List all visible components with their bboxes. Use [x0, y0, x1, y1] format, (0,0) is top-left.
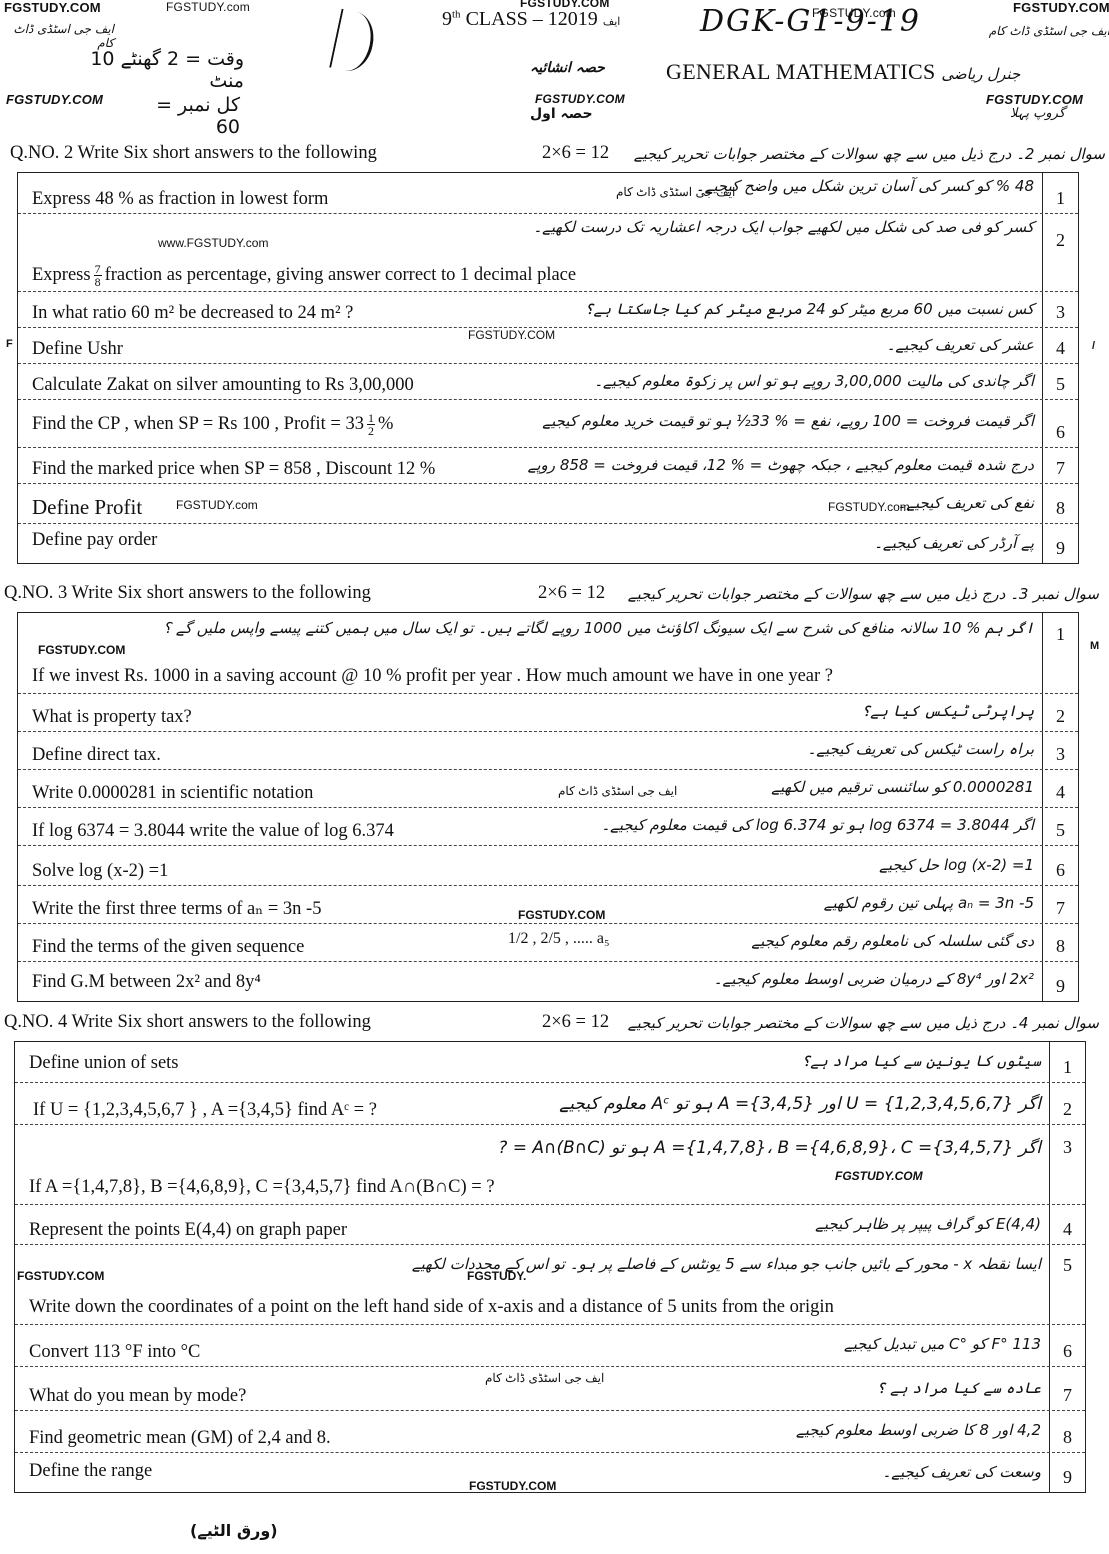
question-text-urdu: 48 % کو کسر کی آسان ترین شکل میں واضح کی…	[696, 177, 1034, 195]
handwritten-mark-icon	[329, 9, 379, 76]
question-number: 1	[1049, 1042, 1085, 1082]
watermark: FGSTUDY.COM	[986, 92, 1083, 107]
question-text: Define Ushr	[32, 339, 123, 360]
question-text-urdu: درج شدہ قیمت معلوم کیجیے ، جبکہ چھوٹ = %…	[528, 456, 1034, 474]
watermark: FGSTUDY.COM	[6, 92, 103, 107]
question-row: Define Ushr FGSTUDY.COM عشر کی تعریف کیج…	[18, 327, 1078, 363]
watermark-urdu: ایف جی اسٹڈی ڈاٹ کام	[920, 24, 1109, 38]
total-marks: کل نمبر = 60	[140, 94, 240, 138]
question-row: What do you mean by mode? ایف جی اسٹڈی ڈ…	[15, 1366, 1085, 1410]
question-row: Convert 113 °F into °C 113 °F کو °C میں …	[15, 1324, 1085, 1366]
question-text-urdu: پے آرڈر کی تعریف کیجیے۔	[874, 534, 1034, 552]
question-row: Define pay order پے آرڈر کی تعریف کیجیے۔…	[18, 523, 1078, 563]
section-heading-q2: Q.NO. 2 Write Six short answers to the f…	[10, 143, 1105, 167]
section-heading-q4: Q.NO. 4 Write Six short answers to the f…	[4, 1012, 1099, 1036]
section-heading-q3: Q.NO. 3 Write Six short answers to the f…	[4, 583, 1099, 607]
watermark: FGSTUDY.com	[176, 498, 258, 512]
question-table-q4: Define union of sets سیٹوں کا یونین سے ک…	[14, 1041, 1086, 1493]
class-title: 9th CLASS – 12019 ایف	[442, 8, 620, 31]
question-row: Find G.M between 2x² and 8y⁴ 2x² اور 8y⁴…	[18, 961, 1078, 1001]
question-row: In what ratio 60 m² be decreased to 24 m…	[18, 291, 1078, 327]
question-text: Find the terms of the given sequence	[32, 937, 304, 958]
question-row: If log 6374 = 3.8044 write the value of …	[18, 807, 1078, 845]
watermark: FGSTUDY.COM	[835, 1169, 923, 1183]
question-text-urdu: براہ راست ٹیکس کی تعریف کیجیے۔	[807, 740, 1034, 758]
question-number: 2	[1049, 1083, 1085, 1124]
question-text: If log 6374 = 3.8044 write the value of …	[32, 821, 394, 842]
question-number: 9	[1049, 1453, 1085, 1492]
question-text-urdu: ایسا نقطہ x - محور کے بائیں جانب جو مبدا…	[412, 1255, 1041, 1273]
turn-over-note: (ورق الٹیے)	[190, 1521, 278, 1540]
question-text: If we invest Rs. 1000 in a saving accoun…	[32, 666, 833, 687]
question-text-urdu: اگر A ={1,4,7,8}، B ={4,6,8,9}، C ={3,4,…	[498, 1137, 1041, 1158]
question-number: 9	[1042, 524, 1078, 563]
question-row: Solve log (x-2) =1 log (x-2) =1 حل کیجیے…	[18, 845, 1078, 885]
question-row: If A ={1,4,7,8}, B ={4,6,8,9}, C ={3,4,5…	[15, 1124, 1085, 1204]
watermark: FGSTUDY.com	[166, 0, 250, 14]
question-text: Define union of sets	[29, 1053, 179, 1074]
margin-mark: F	[6, 338, 13, 350]
section-subjective: حصہ انشائیہ	[530, 60, 605, 76]
question-text-urdu: اگر قیمت فروخت = 100 روپے، نفع = % 33½ ہ…	[542, 412, 1034, 430]
question-text-urdu: اگر چاندی کی مالیت 3,00,000 روپے ہو تو ا…	[594, 372, 1034, 390]
watermark: FGSTUDY.COM	[17, 1269, 104, 1283]
question-number: 5	[1049, 1245, 1085, 1324]
question-number: 3	[1042, 732, 1078, 769]
question-number: 4	[1049, 1205, 1085, 1244]
question-text: Write 0.0000281 in scientific notation	[32, 783, 313, 804]
question-text: Find the marked price when SP = 858 , Di…	[32, 459, 435, 480]
watermark: FGSTUDY.COM	[38, 643, 125, 657]
question-number: 5	[1042, 364, 1078, 399]
watermark: FGSTUDY.COM	[535, 92, 625, 106]
watermark-urdu: ایف جی اسٹڈی ڈاٹ کام	[558, 784, 677, 798]
question-row: Find the marked price when SP = 858 , Di…	[18, 447, 1078, 483]
question-number: 8	[1042, 924, 1078, 961]
question-row: Express 48 % as fraction in lowest form …	[18, 173, 1078, 213]
group-label: گروپ پہلا	[1010, 106, 1065, 121]
question-text: Convert 113 °F into °C	[29, 1342, 200, 1363]
question-number: 7	[1049, 1367, 1085, 1410]
question-row: Calculate Zakat on silver amounting to R…	[18, 363, 1078, 399]
question-text: Write the first three terms of aₙ = 3n -…	[32, 898, 321, 920]
question-text-urdu: نفع کی تعریف کیجیے۔	[897, 494, 1034, 512]
watermark: FGSTUDY.COM	[4, 0, 101, 15]
question-text-urdu: کس نسبت میں 60 مربع میٹر کو 24 مربع میٹر…	[585, 300, 1034, 318]
question-text-urdu: اگر ہم % 10 سالانہ منافع کی شرح سے ایک س…	[163, 619, 1034, 637]
question-text: Write down the coordinates of a point on…	[29, 1297, 834, 1318]
question-text: Calculate Zakat on silver amounting to R…	[32, 375, 414, 396]
question-text-urdu: دی گئی سلسلہ کی نامعلوم رقم معلوم کیجیے	[751, 932, 1034, 950]
question-text-urdu: aₙ = 3n -5 پہلی تین رقوم لکھیے	[824, 894, 1034, 912]
question-number: 3	[1042, 292, 1078, 327]
question-number: 6	[1049, 1325, 1085, 1366]
question-text-urdu: کسر کو فی صد کی شکل میں لکھیے جواب ایک د…	[533, 218, 1034, 236]
margin-mark: M	[1090, 640, 1099, 652]
watermark: FGSTUDY.COM	[1013, 0, 1109, 15]
question-text: Find geometric mean (GM) of 2,4 and 8.	[29, 1428, 331, 1449]
question-row: Find the terms of the given sequence 1/2…	[18, 923, 1078, 961]
question-number: 6	[1042, 846, 1078, 885]
question-text-urdu: E(4,4) کو گراف پیپر پر ظاہر کیجیے	[815, 1215, 1041, 1233]
fraction: 12	[367, 412, 375, 437]
question-text-urdu: 2x² اور 8y⁴ کے درمیان ضربی اوسط معلوم کی…	[714, 970, 1034, 988]
question-text-urdu: اگر log 6374 = 3.8044 ہو تو log 6.374 کی…	[601, 816, 1034, 834]
question-text: Represent the points E(4,4) on graph pap…	[29, 1220, 347, 1241]
question-row: Define direct tax. براہ راست ٹیکس کی تعر…	[18, 731, 1078, 769]
question-number: 1	[1042, 613, 1078, 693]
watermark: FGSTUDY.com	[812, 6, 896, 20]
watermark: FGSTUDY.COM	[468, 328, 555, 342]
question-number: 3	[1049, 1125, 1085, 1204]
question-text: If A ={1,4,7,8}, B ={4,6,8,9}, C ={3,4,5…	[29, 1177, 495, 1198]
question-row: Represent the points E(4,4) on graph pap…	[15, 1204, 1085, 1244]
question-text: Find the CP , when SP = Rs 100 , Profit …	[32, 412, 393, 437]
question-row: Define Profit FGSTUDY.com FGSTUDY.com نف…	[18, 483, 1078, 523]
question-text-urdu: 113 °F کو °C میں تبدیل کیجیے	[844, 1335, 1041, 1353]
question-table-q2: Express 48 % as fraction in lowest form …	[17, 172, 1079, 564]
question-number: 8	[1042, 484, 1078, 523]
question-text: Define the range	[29, 1461, 152, 1482]
question-text: Express 48 % as fraction in lowest form	[32, 189, 328, 210]
watermark-urdu: ایف جی اسٹڈی ڈاٹ کام	[4, 22, 114, 50]
watermark: FGSTUDY.COM	[518, 908, 605, 922]
question-row: www.FGSTUDY.com Express78fraction as per…	[18, 213, 1078, 291]
question-text: What is property tax?	[32, 707, 192, 728]
question-number: 8	[1049, 1411, 1085, 1452]
question-text: Define pay order	[32, 530, 157, 551]
question-row: FGSTUDY.COM FGSTUDY. Write down the coor…	[15, 1244, 1085, 1324]
question-row: Write 0.0000281 in scientific notation ا…	[18, 769, 1078, 807]
question-text: Solve log (x-2) =1	[32, 861, 168, 882]
part-one: حصہ اول	[530, 106, 593, 122]
question-text-urdu: وسعت کی تعریف کیجیے۔	[882, 1463, 1041, 1481]
watermark-urdu: ایف جی اسٹڈی ڈاٹ کام	[485, 1371, 604, 1385]
question-text: What do you mean by mode?	[29, 1386, 246, 1407]
question-number: 2	[1042, 214, 1078, 291]
question-text: Express78fraction as percentage, giving …	[32, 263, 576, 288]
question-number: 6	[1042, 400, 1078, 447]
question-row: If U = {1,2,3,4,5,6,7 } , A ={3,4,5} fin…	[15, 1082, 1085, 1124]
question-text-urdu: سیٹوں کا یونین سے کیا مراد ہے؟	[801, 1052, 1041, 1070]
question-number: 7	[1042, 886, 1078, 923]
subject-title: GENERAL MATHEMATICS جنرل ریاضی	[666, 59, 1020, 85]
question-text-urdu: 0.0000281 کو سائنسی ترقیم میں لکھیے	[771, 778, 1034, 796]
question-row: Define the range FGSTUDY.COM وسعت کی تعر…	[15, 1452, 1085, 1492]
question-row: What is property tax? پراپرٹی ٹیکس کیا ہ…	[18, 693, 1078, 731]
question-number: 1	[1042, 173, 1078, 213]
question-text-urdu: پراپرٹی ٹیکس کیا ہے؟	[861, 702, 1034, 720]
question-number: 7	[1042, 448, 1078, 483]
question-row: Write the first three terms of aₙ = 3n -…	[18, 885, 1078, 923]
question-text-urdu: عادہ سے کیا مراد ہے ؟	[877, 1379, 1041, 1397]
question-text-urdu: اگر U = {1,2,3,4,5,6,7} اور A ={3,4,5} ہ…	[559, 1093, 1041, 1114]
question-text: If U = {1,2,3,4,5,6,7 } , A ={3,4,5} fin…	[33, 1100, 377, 1121]
question-row: Define union of sets سیٹوں کا یونین سے ک…	[15, 1042, 1085, 1082]
question-text: Find G.M between 2x² and 8y⁴	[32, 972, 261, 993]
question-number: 4	[1042, 770, 1078, 807]
question-row: FGSTUDY.COM If we invest Rs. 1000 in a s…	[18, 613, 1078, 693]
question-text-urdu: log (x-2) =1 حل کیجیے	[879, 856, 1034, 874]
question-table-q3: FGSTUDY.COM If we invest Rs. 1000 in a s…	[17, 612, 1079, 1002]
question-text: Define Profit	[32, 495, 142, 520]
fraction: 78	[94, 263, 102, 288]
question-row: Find geometric mean (GM) of 2,4 and 8. 4…	[15, 1410, 1085, 1452]
question-text-urdu: 4,2 اور 8 کا ضربی اوسط معلوم کیجیے	[796, 1421, 1041, 1439]
question-number: 2	[1042, 694, 1078, 731]
question-number: 4	[1042, 328, 1078, 363]
sequence-text: 1/2 , 2/5 , ..... a₅	[508, 930, 610, 948]
question-number: 9	[1042, 962, 1078, 1001]
watermark: FGSTUDY.COM	[469, 1479, 556, 1493]
exam-time: وقت = 2 گھنٹے 10 منٹ	[64, 48, 244, 92]
question-row: Find the CP , when SP = Rs 100 , Profit …	[18, 399, 1078, 447]
question-text-urdu: عشر کی تعریف کیجیے۔	[887, 336, 1034, 354]
watermark: www.FGSTUDY.com	[158, 236, 268, 250]
question-text: In what ratio 60 m² be decreased to 24 m…	[32, 303, 353, 324]
question-number: 5	[1042, 808, 1078, 845]
margin-mark: /	[1092, 340, 1095, 352]
question-text: Define direct tax.	[32, 745, 161, 766]
